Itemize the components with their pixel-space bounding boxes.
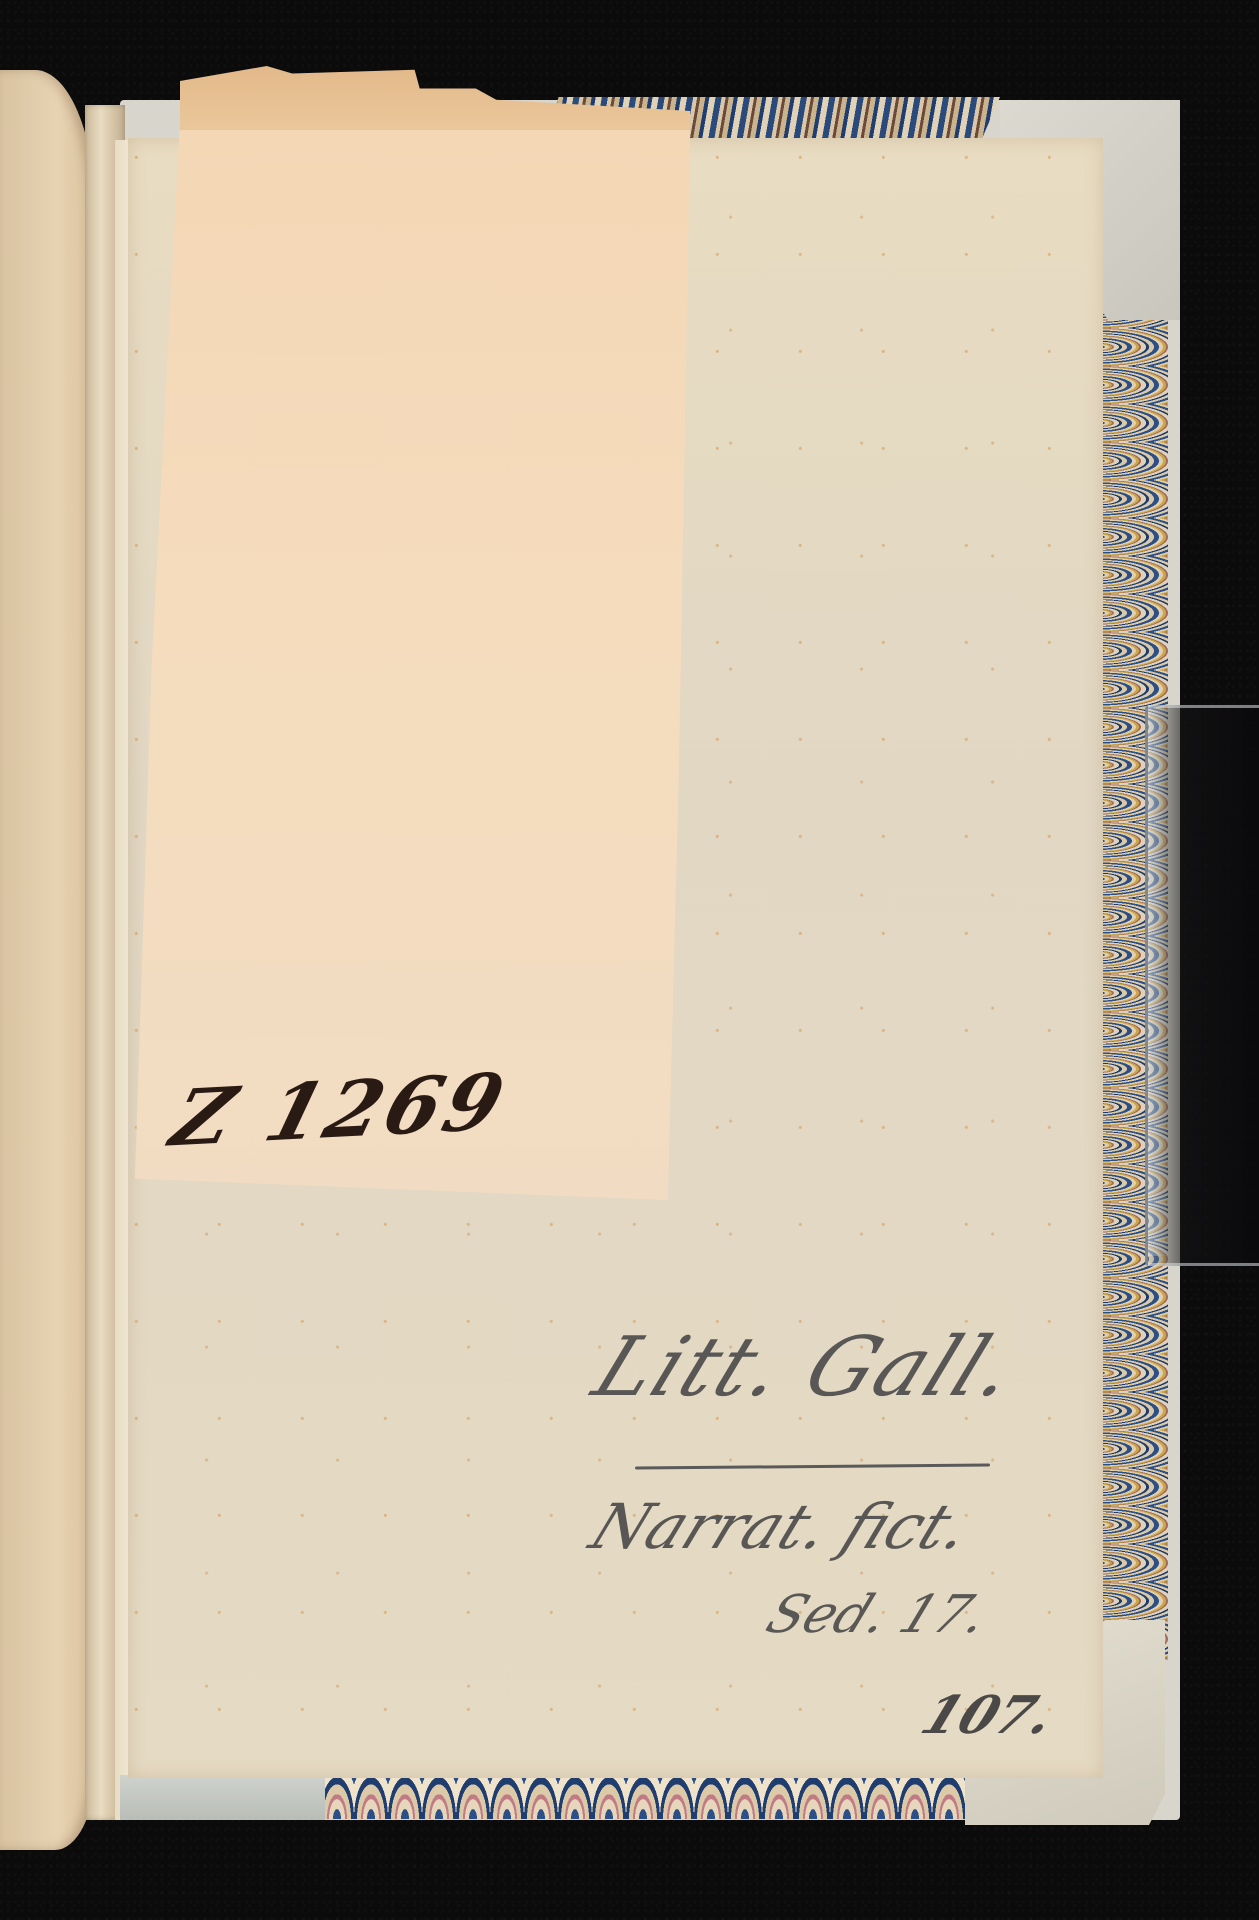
left-page-edge bbox=[0, 70, 95, 1850]
shelfmark-text: Z 1269 bbox=[162, 1057, 517, 1165]
acrylic-clip-edge bbox=[1148, 708, 1166, 1256]
pencil-note-subject: Litt. Gall. bbox=[581, 1320, 1033, 1415]
pencil-note-category: Narrat. fict. bbox=[580, 1490, 982, 1563]
shelfmark-slip-content: Z 1269 bbox=[135, 130, 690, 1200]
vellum-strip-bottom-left bbox=[120, 1775, 325, 1820]
marbled-paper-bottom-edge bbox=[320, 1777, 970, 1819]
pencil-note-number: 107. bbox=[913, 1685, 1064, 1746]
pencil-note-century: Sed. 17. bbox=[758, 1585, 998, 1645]
